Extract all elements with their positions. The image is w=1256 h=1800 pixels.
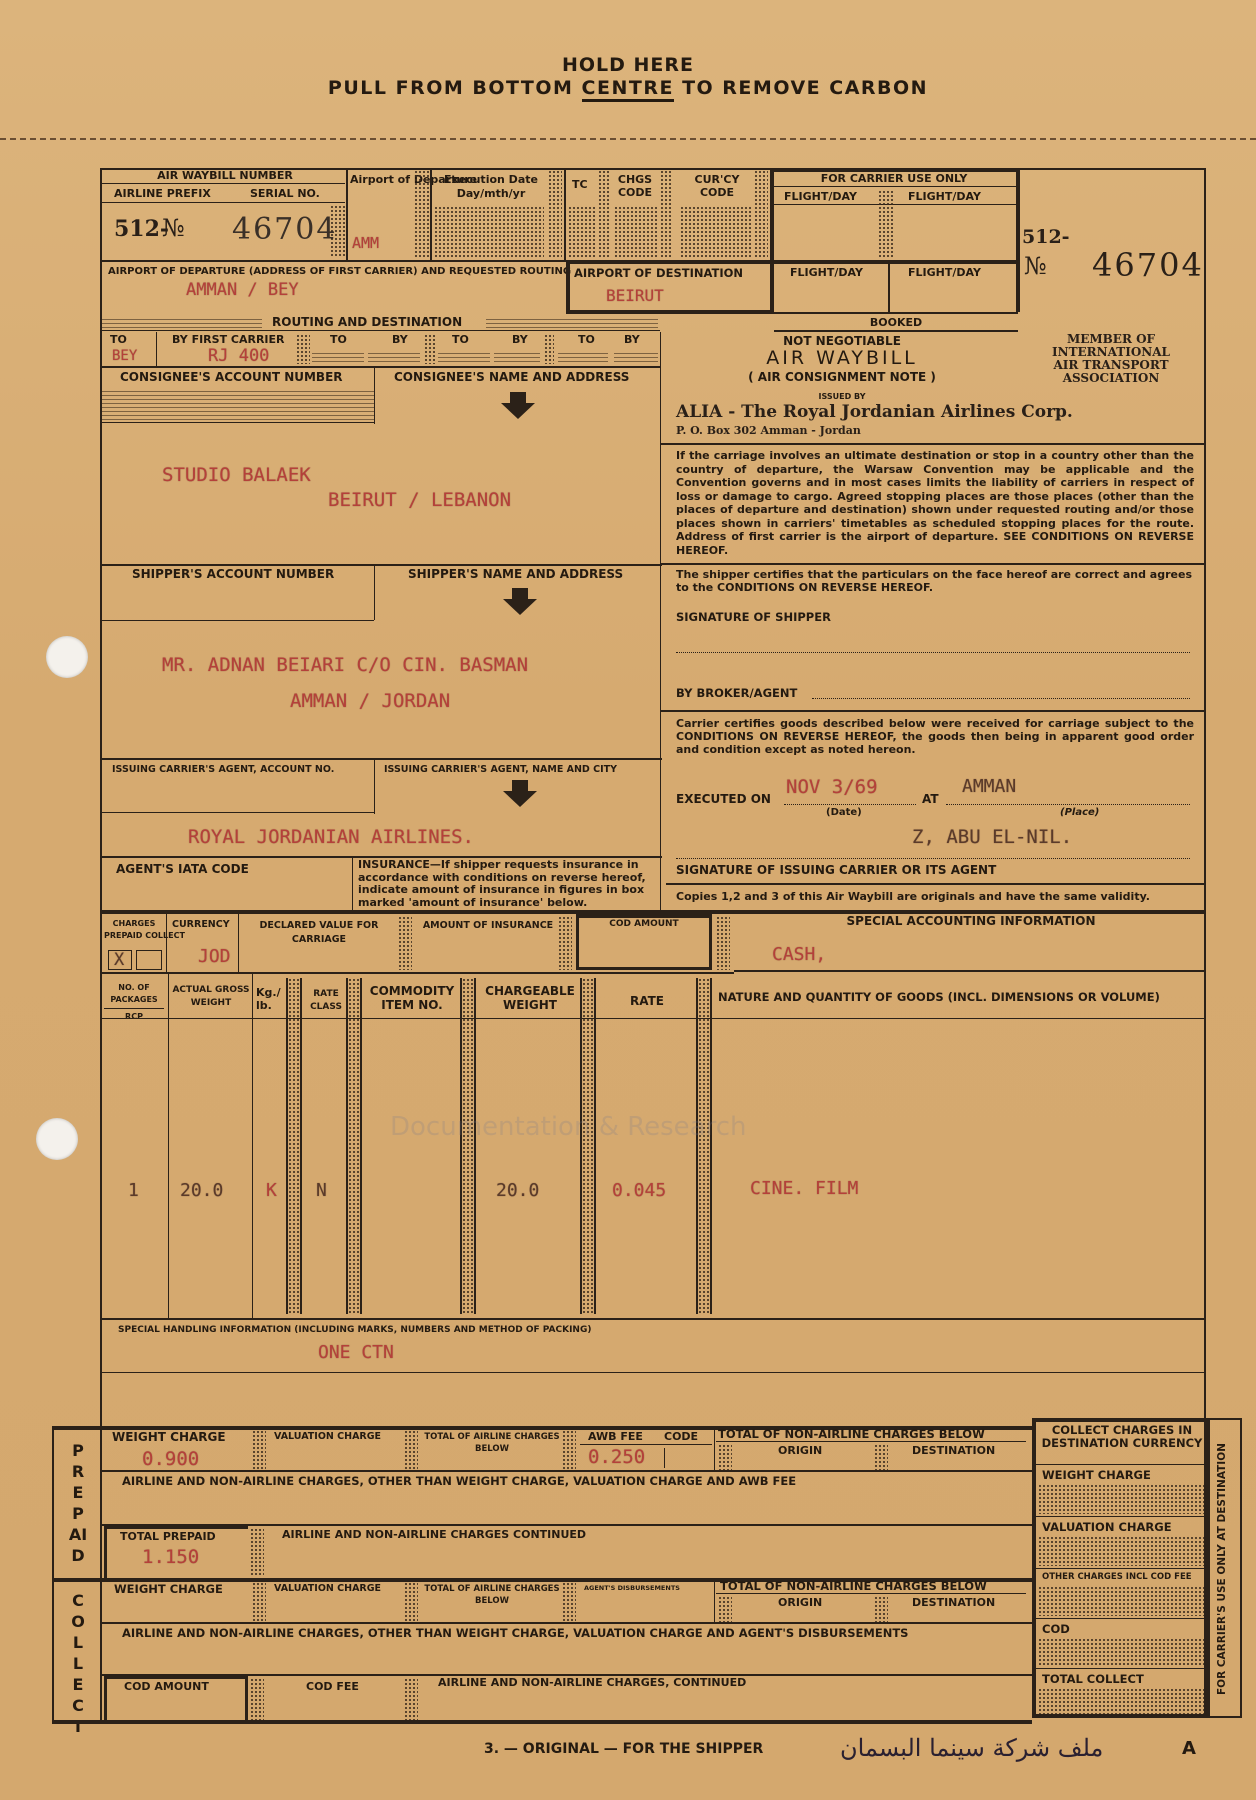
dotted-field [754, 170, 768, 258]
carrier-use-label: FOR CARRIER USE ONLY [774, 172, 1014, 185]
by-label: BY [624, 333, 640, 346]
rcp-label: RCP [104, 1012, 164, 1021]
cod-amount-label: COD AMOUNT [578, 919, 710, 929]
carrier-use-destination-label: FOR CARRIER'S USE ONLY AT DESTINATION [1216, 1424, 1228, 1714]
first-carrier-value[interactable]: RJ 400 [208, 346, 269, 366]
insurance-text: INSURANCE—If shipper requests insurance … [358, 859, 658, 909]
prepaid-other-charges-label: AIRLINE AND NON-AIRLINE CHARGES, OTHER T… [122, 1474, 796, 1488]
divider [168, 974, 169, 1318]
divider [352, 858, 353, 912]
pull-instruction-c: TO REMOVE CARBON [682, 77, 928, 99]
agents-disbursements-label: AGENT'S DISBURSEMENTS [584, 1584, 680, 1592]
flight-day-label: FLIGHT/DAY [908, 266, 981, 279]
divider [664, 1448, 665, 1468]
execution-date-title: Execution Date [436, 173, 546, 187]
dotted-column [580, 978, 596, 1314]
divider [374, 564, 375, 620]
collect-destination-label: DESTINATION [912, 1596, 995, 1609]
punch-hole [46, 636, 88, 678]
departure-routing-value[interactable]: AMMAN / BEY [186, 280, 299, 300]
divider [566, 310, 774, 314]
divider [100, 183, 345, 184]
hatch [486, 316, 658, 328]
copy-designation: 3. — ORIGINAL — FOR THE SHIPPER [484, 1741, 763, 1757]
divider [166, 914, 167, 972]
divider [774, 312, 1018, 314]
no-symbol-right: № [1024, 252, 1047, 280]
iata-member-text: MEMBER OF INTERNATIONAL AIR TRANSPORT AS… [1046, 333, 1176, 385]
divider [52, 1426, 54, 1722]
copies-note: Copies 1,2 and 3 of this Air Waybill are… [676, 889, 1150, 904]
commodity-label: COMMODITY ITEM NO. [366, 984, 458, 1012]
dest-valuation-label: VALUATION CHARGE [1042, 1520, 1172, 1534]
dotted-field [718, 1444, 732, 1470]
chgs-code-field[interactable] [614, 206, 658, 258]
divider [100, 422, 374, 423]
dest-cod-field[interactable] [1038, 1638, 1204, 1666]
agent-name-label: ISSUING CARRIER'S AGENT, NAME AND CITY [384, 764, 617, 775]
at-label: AT [922, 792, 939, 806]
prepaid-continued-label: AIRLINE AND NON-AIRLINE CHARGES CONTINUE… [282, 1528, 586, 1541]
divider [566, 260, 570, 314]
to-label: TO [330, 333, 347, 346]
warsaw-convention-text: If the carriage involves an ultimate des… [676, 449, 1194, 557]
rate-label: RATE [598, 994, 696, 1008]
divider [156, 332, 157, 366]
routing-title: ROUTING AND DESTINATION [272, 315, 462, 329]
shipper-account-label: SHIPPER'S ACCOUNT NUMBER [132, 567, 334, 581]
divider [100, 1318, 1206, 1320]
divider [714, 1428, 715, 1470]
divider [734, 970, 1206, 972]
dotted-field [404, 1430, 418, 1470]
divider [238, 914, 239, 972]
airport-departure-value[interactable]: AMM [352, 234, 379, 252]
divider [566, 260, 1018, 264]
divider [100, 1470, 1032, 1472]
special-accounting-label: SPECIAL ACCOUNTING INFORMATION [736, 914, 1206, 928]
not-negotiable: NOT NEGOTIABLE [662, 334, 1022, 348]
dotted-field [330, 205, 346, 257]
consignee-name-label: CONSIGNEE'S NAME AND ADDRESS [394, 370, 629, 384]
no-symbol: № [162, 214, 185, 242]
air-consignment-note: ( AIR CONSIGNMENT NOTE ) [662, 370, 1022, 384]
divider [100, 168, 102, 1428]
divider [100, 812, 374, 813]
tc-label: TC [572, 178, 588, 191]
pull-instruction-centre: CENTRE [582, 77, 674, 102]
hatch [102, 316, 262, 328]
issuer-company: ALIA - The Royal Jordanian Airlines Corp… [676, 402, 1073, 422]
tc-field[interactable] [568, 206, 596, 258]
consignee-address[interactable]: BEIRUT / LEBANON [328, 489, 511, 511]
cod-fee-label: COD FEE [306, 1680, 359, 1693]
divider [100, 330, 660, 331]
handwritten-note: ملف شركة سينما البسمان [840, 1734, 1103, 1762]
rate-class-label: RATE CLASS [304, 988, 348, 1014]
rate-value[interactable]: 0.045 [612, 1180, 666, 1201]
divider [660, 332, 661, 912]
execution-date-sub: Day/mth/yr [436, 187, 546, 201]
airline-prefix-value: 512- [114, 216, 169, 242]
chargeable-weight-label: CHARGEABLE WEIGHT [478, 984, 582, 1012]
executed-place[interactable]: AMMAN [962, 776, 1016, 797]
divider [346, 168, 348, 260]
dest-weight-charge-field[interactable] [1038, 1484, 1204, 1514]
gross-weight-label: ACTUAL GROSS WEIGHT [172, 984, 250, 1010]
to-value[interactable]: BEY [112, 348, 137, 364]
chgs-code-label: CHGS CODE [614, 173, 656, 199]
to-label: TO [452, 333, 469, 346]
divider [1036, 1668, 1206, 1669]
divider [1036, 1464, 1206, 1465]
dotted-column [286, 978, 302, 1314]
currency-value[interactable]: JOD [198, 946, 231, 967]
dotted-field [548, 170, 562, 258]
dotted-field [598, 170, 610, 258]
special-accounting-value[interactable]: CASH, [772, 944, 826, 965]
divider [430, 168, 432, 260]
execution-date-field[interactable] [434, 206, 544, 258]
divider [100, 620, 374, 621]
divider [100, 1372, 1206, 1373]
signatory[interactable]: Z, ABU EL-NIL. [912, 826, 1072, 848]
shipper-name-label: SHIPPER'S NAME AND ADDRESS [408, 567, 623, 581]
awb-fee-value[interactable]: 0.250 [588, 1446, 645, 1468]
dotted-column [696, 978, 712, 1314]
watermark-text: Documentation & Research [390, 1112, 747, 1142]
dest-other-charges-label: OTHER CHARGES INCL COD FEE [1042, 1572, 1192, 1582]
nature-value[interactable]: CINE. FILM [750, 1178, 858, 1199]
awb-number-label: AIR WAYBILL NUMBER [110, 169, 340, 182]
collect-cod-amount-label: COD AMOUNT [124, 1680, 209, 1693]
pull-instruction-a: PULL FROM BOTTOM [328, 77, 574, 99]
special-handling-label: SPECIAL HANDLING INFORMATION (INCLUDING … [118, 1325, 591, 1335]
right-serial-number: 46704 [1092, 246, 1204, 284]
corner-letter: A [1182, 1738, 1196, 1759]
pull-instruction: PULL FROM BOTTOM CENTRE TO REMOVE CARBON [0, 77, 1256, 99]
divider [100, 972, 734, 974]
dest-other-charges-field[interactable] [1038, 1586, 1204, 1616]
destination-value[interactable]: BEIRUT [606, 286, 664, 305]
consignee-name[interactable]: STUDIO BALAEK [162, 464, 311, 486]
divider [888, 262, 890, 312]
packages-label: NO. OF PACKAGES [104, 982, 164, 1006]
dotted-field [562, 1582, 576, 1622]
shipper-certifies-text: The shipper certifies that the particula… [676, 568, 1194, 594]
dest-total-collect-field[interactable] [1038, 1688, 1204, 1714]
packages-value[interactable]: 1 [128, 1180, 139, 1201]
dest-box-title: COLLECT CHARGES IN DESTINATION CURRENCY [1038, 1424, 1206, 1450]
airline-prefix-label: AIRLINE PREFIX [114, 187, 211, 200]
issued-by-label: ISSUED BY [662, 392, 1022, 401]
serial-number: 46704 [232, 212, 337, 247]
collect-non-airline-label: TOTAL OF NON-AIRLINE CHARGES BELOW [720, 1579, 987, 1593]
divider [1016, 168, 1020, 312]
collect-other-charges-label: AIRLINE AND NON-AIRLINE CHARGES, OTHER T… [122, 1626, 908, 1640]
signature-shipper-line[interactable] [676, 652, 1190, 653]
kg-lb-value[interactable]: K [266, 1180, 277, 1201]
air-waybill-page: HOLD HERE PULL FROM BOTTOM CENTRE TO REM… [0, 0, 1256, 1800]
to-field[interactable] [558, 350, 608, 364]
divider [564, 168, 566, 260]
by-field[interactable] [368, 350, 420, 364]
prepaid-side-label: PREPAID [68, 1440, 88, 1566]
collect-weight-charge-label: WEIGHT CHARGE [114, 1582, 223, 1596]
total-prepaid-label: TOTAL PREPAID [120, 1530, 216, 1543]
signature-shipper-label: SIGNATURE OF SHIPPER [676, 610, 831, 624]
divider [374, 366, 375, 424]
to-label: TO [110, 333, 127, 346]
divider [100, 1018, 1206, 1019]
divider [666, 883, 1206, 885]
collect-side-label: COLLECT [68, 1590, 88, 1737]
flight-day-label: FLIGHT/DAY [784, 190, 857, 203]
iata-code-label: AGENT'S IATA CODE [116, 862, 249, 876]
total-prepaid-value[interactable]: 1.150 [142, 1546, 199, 1568]
charges-title: CHARGES [104, 918, 164, 930]
divider [716, 1441, 1026, 1442]
divider [1036, 1568, 1206, 1569]
dotted-field [874, 1596, 888, 1622]
execution-place-line [946, 804, 1190, 805]
by-field[interactable] [494, 350, 540, 364]
dest-valuation-field[interactable] [1038, 1536, 1204, 1566]
prepaid-destination-label: DESTINATION [912, 1444, 995, 1457]
by-label: BY [512, 333, 528, 346]
air-waybill-title: AIR WAYBILL [662, 347, 1022, 369]
collect-valuation-label: VALUATION CHARGE [274, 1583, 381, 1594]
departure-routing-label: AIRPORT OF DEPARTURE (ADDRESS OF FIRST C… [108, 266, 571, 277]
kg-lb-label: Kg./ lb. [256, 986, 286, 1012]
prepaid-collect-labels: PREPAID COLLECT [104, 930, 164, 942]
consignee-account-field[interactable] [102, 388, 374, 422]
collect-total-airline-label: TOTAL OF AIRLINE CHARGES BELOW [424, 1583, 560, 1607]
hold-here-text: HOLD HERE [0, 54, 1256, 76]
signature-carrier-line [676, 858, 1190, 859]
dotted-field [398, 916, 412, 970]
divider [52, 1720, 1032, 1724]
divider [770, 168, 774, 312]
dotted-field [252, 1582, 266, 1622]
divider [660, 710, 1206, 712]
dotted-column [460, 978, 476, 1314]
by-first-carrier-label: BY FIRST CARRIER [172, 333, 285, 346]
dotted-field [296, 334, 310, 364]
issuer-address: P. O. Box 302 Amman - Jordan [676, 424, 861, 437]
amount-insurance-label: AMOUNT OF INSURANCE [418, 919, 558, 933]
divider [660, 443, 1206, 445]
executed-date[interactable]: NOV 3/69 [786, 776, 878, 798]
divider [100, 202, 345, 203]
prepaid-label: PREPAID [104, 931, 142, 940]
by-field[interactable] [614, 350, 658, 364]
collect-origin-label: ORIGIN [778, 1596, 822, 1609]
dotted-field [660, 170, 672, 258]
signature-carrier-label: SIGNATURE OF ISSUING CARRIER OR ITS AGEN… [676, 863, 996, 877]
date-caption: (Date) [826, 807, 862, 818]
divider [774, 186, 1016, 187]
prepaid-mark: X [114, 950, 124, 970]
divider [1036, 1618, 1206, 1619]
shipper-address[interactable]: AMMAN / JORDAN [290, 690, 450, 712]
prepaid-valuation-label: VALUATION CHARGE [274, 1431, 381, 1442]
dest-cod-label: COD [1042, 1622, 1070, 1636]
rate-class-value[interactable]: N [316, 1180, 327, 1201]
by-broker-label: BY BROKER/AGENT [676, 686, 797, 700]
prepaid-weight-charge-label: WEIGHT CHARGE [112, 1430, 226, 1444]
dotted-field [562, 1430, 576, 1470]
divider [100, 366, 660, 368]
divider [252, 974, 253, 1318]
tear-line[interactable] [0, 138, 1256, 140]
execution-date-line [784, 804, 916, 805]
agent-name[interactable]: ROYAL JORDANIAN AIRLINES. [188, 826, 474, 848]
broker-agent-line[interactable] [812, 698, 1190, 699]
collect-continued-label: AIRLINE AND NON-AIRLINE CHARGES, CONTINU… [438, 1676, 746, 1689]
collect-checkbox[interactable] [136, 950, 162, 970]
nature-goods-label: NATURE AND QUANTITY OF GOODS (INCL. DIME… [718, 990, 1160, 1004]
divider [1036, 1516, 1206, 1517]
dotted-field [544, 334, 554, 364]
divider [1204, 168, 1206, 1428]
currency-code-field[interactable] [680, 206, 752, 258]
currency-code-label: CUR'CY CODE [682, 173, 752, 199]
to-label: TO [578, 333, 595, 346]
dotted-field [424, 334, 436, 364]
awb-fee-label: AWB FEE [588, 1430, 643, 1443]
prepaid-origin-label: ORIGIN [778, 1444, 822, 1457]
divider [774, 204, 1016, 205]
gross-weight-value[interactable]: 20.0 [180, 1180, 223, 1201]
right-prefix: 512- [1022, 226, 1070, 248]
destination-label: AIRPORT OF DESTINATION [574, 266, 743, 280]
by-label: BY [392, 333, 408, 346]
divider [104, 1008, 164, 1009]
dotted-field [414, 170, 430, 258]
to-field[interactable] [312, 350, 364, 364]
dest-total-collect-label: TOTAL COLLECT [1042, 1672, 1144, 1686]
booked-label: BOOKED [774, 316, 1018, 329]
prepaid-non-airline-label: TOTAL OF NON-AIRLINE CHARGES BELOW [718, 1427, 985, 1441]
serial-no-label: SERIAL NO. [250, 187, 320, 200]
declared-value-label: DECLARED VALUE FOR CARRIAGE [244, 919, 394, 947]
divider [100, 758, 662, 760]
divider [660, 563, 1206, 565]
code-label: CODE [664, 1430, 698, 1443]
divider [100, 1372, 102, 1722]
dotted-field [874, 1444, 888, 1470]
place-caption: (Place) [1060, 807, 1099, 818]
divider [714, 1580, 715, 1622]
charges-label: CHARGES PREPAID COLLECT [104, 918, 164, 942]
dotted-field [250, 1528, 264, 1576]
dotted-field [404, 1678, 418, 1722]
dotted-field [718, 1596, 732, 1622]
punch-hole [36, 1118, 78, 1160]
dotted-field [558, 916, 572, 970]
divider [580, 1444, 712, 1445]
dotted-field [250, 1678, 264, 1722]
shipper-name[interactable]: MR. ADNAN BEIARI C/O CIN. BASMAN [162, 654, 528, 676]
special-handling-value[interactable]: ONE CTN [318, 1342, 394, 1363]
dest-weight-charge-label: WEIGHT CHARGE [1042, 1468, 1151, 1482]
prepaid-total-airline-label: TOTAL OF AIRLINE CHARGES BELOW [424, 1431, 560, 1455]
executed-on-label: EXECUTED ON [676, 792, 771, 806]
flight-day-label: FLIGHT/DAY [908, 190, 981, 203]
consignee-account-label: CONSIGNEE'S ACCOUNT NUMBER [120, 370, 343, 384]
currency-label: CURRENCY [172, 919, 230, 930]
to-field[interactable] [438, 350, 490, 364]
dotted-field [252, 1430, 266, 1470]
carrier-certifies-text: Carrier certifies goods described below … [676, 717, 1194, 756]
prepaid-weight-charge[interactable]: 0.900 [142, 1448, 199, 1470]
divider [100, 1622, 1032, 1624]
divider [374, 758, 375, 814]
dotted-column [346, 978, 362, 1314]
divider [100, 564, 662, 566]
agent-account-label: ISSUING CARRIER'S AGENT, ACCOUNT NO. [112, 764, 334, 775]
chargeable-weight-value[interactable]: 20.0 [496, 1180, 539, 1201]
execution-date-label: Execution Date Day/mth/yr [436, 173, 546, 201]
divider [100, 260, 568, 262]
divider [774, 330, 1018, 332]
divider [716, 1593, 1026, 1594]
dotted-field [716, 916, 730, 970]
dotted-field [404, 1582, 418, 1622]
flight-day-label: FLIGHT/DAY [790, 266, 863, 279]
dotted-field [878, 190, 894, 258]
